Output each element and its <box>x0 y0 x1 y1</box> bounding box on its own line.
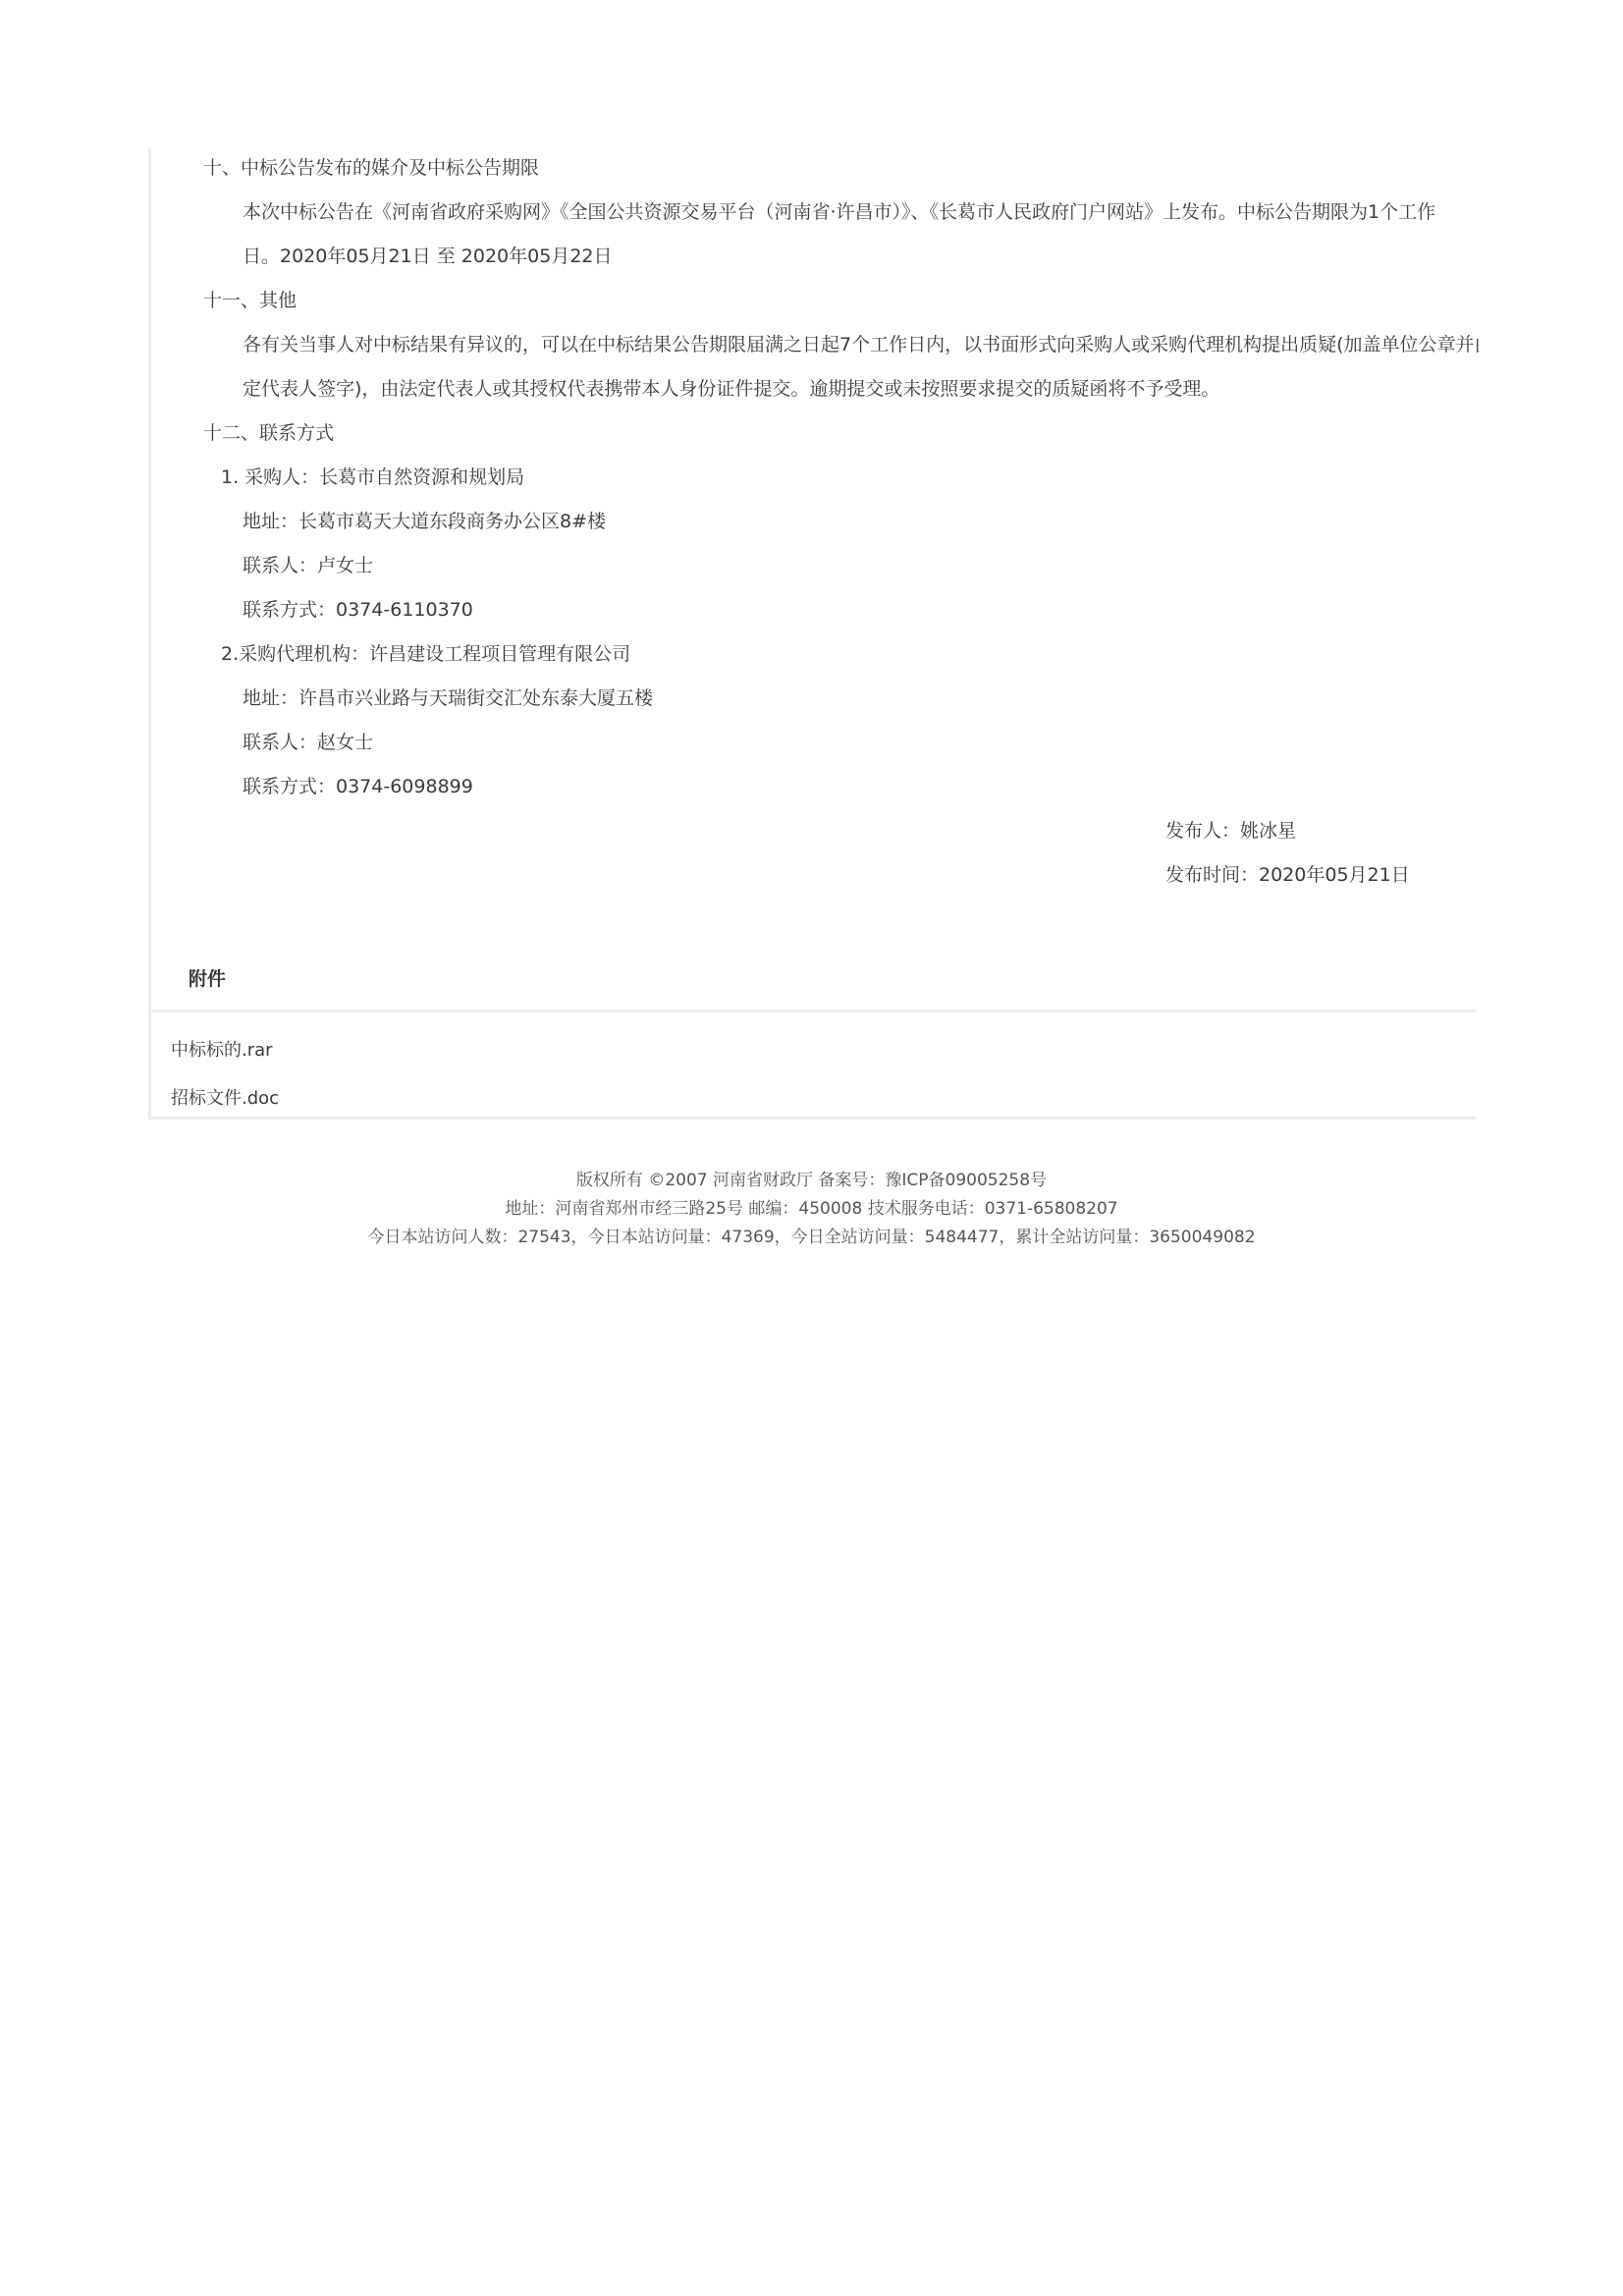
purchaser-address: 地址：长葛市葛天大道东段商务办公区8#楼 <box>243 509 606 534</box>
section-text-media-line2: 日。2020年05月21日 至 2020年05月22日 <box>243 244 613 269</box>
footer-address: 地址：河南省郑州市经三路25号 邮编：450008 技术服务电话：0371-65… <box>0 1195 1623 1224</box>
section-heading-contact: 十二、联系方式 <box>203 420 334 446</box>
publisher: 发布人：姚冰星 <box>1165 818 1296 844</box>
attachments-panel: 附件 中标标的.rar 招标文件.doc <box>148 943 1476 1120</box>
attachments-divider <box>151 1010 1476 1012</box>
section-heading-media: 十、中标公告发布的媒介及中标公告期限 <box>203 155 539 181</box>
agency-contact: 联系人：赵女士 <box>243 730 373 755</box>
attachment-link-doc[interactable]: 招标文件.doc <box>171 1084 279 1110</box>
announcement-content: 十、中标公告发布的媒介及中标公告期限 本次中标公告在《河南省政府采购网》《全国公… <box>148 147 1479 943</box>
agency-address: 地址：许昌市兴业路与天瑞街交汇处东泰大厦五楼 <box>243 685 653 711</box>
attachment-link-rar[interactable]: 中标标的.rar <box>171 1036 273 1062</box>
purchaser-contact: 联系人：卢女士 <box>243 553 373 578</box>
agency-title: 2.采购代理机构：许昌建设工程项目管理有限公司 <box>221 641 630 667</box>
section-text-other-line1: 各有关当事人对中标结果有异议的，可以在中标结果公告期限届满之日起7个工作日内，以… <box>243 332 1479 357</box>
section-heading-other: 十一、其他 <box>203 288 297 313</box>
publish-time: 发布时间：2020年05月21日 <box>1165 862 1410 888</box>
section-text-other-line2: 定代表人签字)，由法定代表人或其授权代表携带本人身份证件提交。逾期提交或未按照要… <box>243 376 1219 402</box>
section-text-media-line1: 本次中标公告在《河南省政府采购网》《全国公共资源交易平台（河南省·许昌市）》、《… <box>243 199 1435 225</box>
agency-phone: 联系方式：0374-6098899 <box>243 774 473 799</box>
footer-visit-stats: 今日本站访问人数：27543，今日本站访问量：47369，今日全站访问量：548… <box>0 1224 1623 1252</box>
purchaser-title: 1. 采购人：长葛市自然资源和规划局 <box>221 465 524 490</box>
attachments-title: 附件 <box>189 964 226 991</box>
purchaser-phone: 联系方式：0374-6110370 <box>243 597 473 623</box>
site-footer: 版权所有 ©2007 河南省财政厅 备案号：豫ICP备09005258号 地址：… <box>0 1167 1623 1252</box>
footer-copyright: 版权所有 ©2007 河南省财政厅 备案号：豫ICP备09005258号 <box>0 1167 1623 1195</box>
